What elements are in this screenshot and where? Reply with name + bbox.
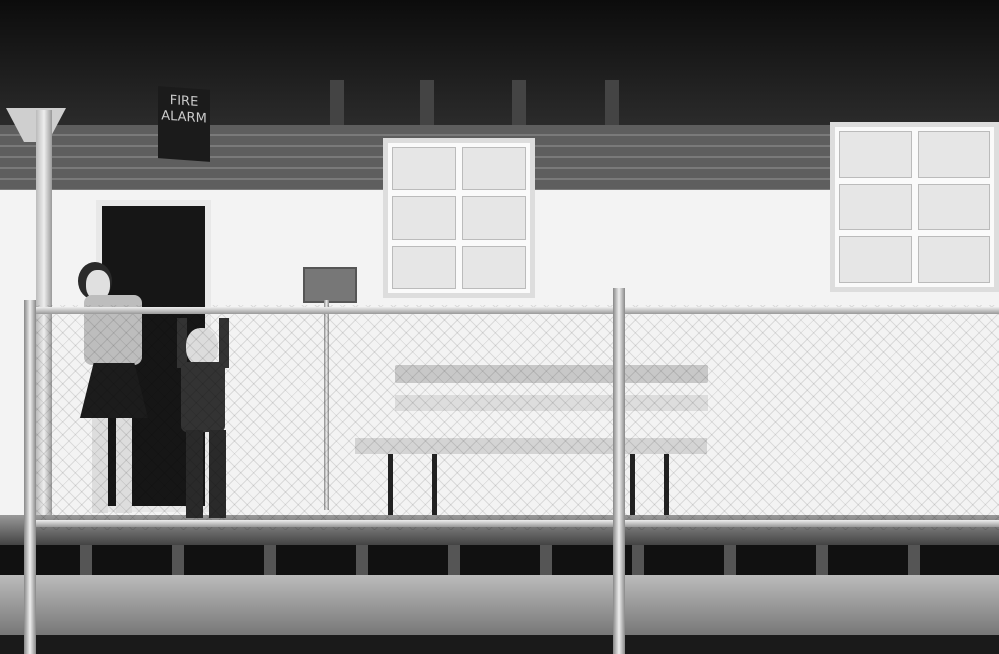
chain-link-fence <box>30 305 999 530</box>
roof-beam <box>512 80 526 130</box>
fence-bottom-rail <box>30 520 999 527</box>
window-center <box>383 138 535 298</box>
photograph: FIRE ALARM <box>0 0 999 654</box>
notice-sign <box>303 267 357 303</box>
roof-beam <box>330 80 344 130</box>
roof-beam <box>420 80 434 130</box>
fire-alarm-sign-line2: ALARM <box>158 108 210 128</box>
fence-post-left <box>24 300 36 654</box>
roof-beam <box>605 80 619 130</box>
fire-alarm-sign: FIRE ALARM <box>158 86 210 162</box>
deck-fascia-beam <box>0 575 999 635</box>
fence-top-rail <box>30 307 999 314</box>
roof-eave <box>0 0 999 125</box>
ground <box>0 635 999 654</box>
window-right <box>830 122 999 292</box>
fence-post-center <box>613 288 625 654</box>
